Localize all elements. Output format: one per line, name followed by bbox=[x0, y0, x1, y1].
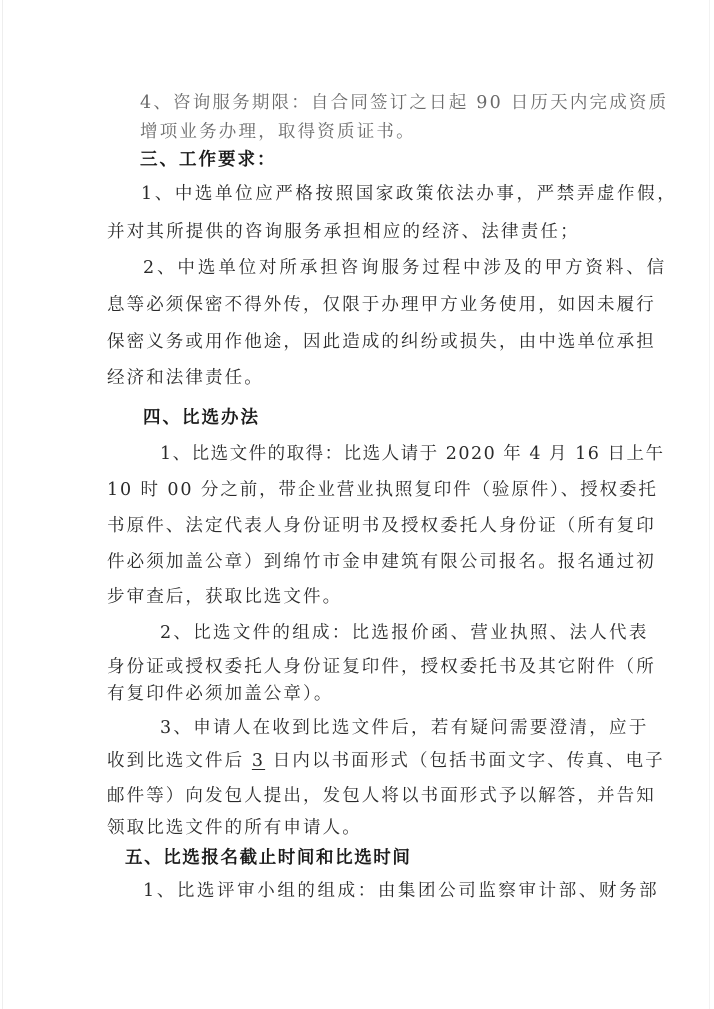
paragraph-method-3-cont2: 邮件等）向发包人提出，发包人将以书面形式予以解答，并告知 bbox=[107, 785, 656, 807]
paragraph-consult-period: 4、咨询服务期限：自合同签订之日起 90 日历天内完成资质 bbox=[140, 92, 668, 114]
paragraph-method-1-cont2: 书原件、法定代表人身份证明书及授权委托人身份证（所有复印 bbox=[107, 515, 656, 537]
paragraph-deadline-1: 1、比选评审小组的组成：由集团公司监察审计部、财务部 bbox=[143, 880, 659, 902]
paragraph-req-2-cont1: 息等必须保密不得外传，仅限于办理甲方业务使用，如因未履行 bbox=[107, 294, 656, 316]
text-segment: 收到比选文件后 bbox=[107, 751, 244, 771]
paragraph-req-2-cont3: 经济和法律责任。 bbox=[107, 367, 264, 389]
paragraph-method-2-cont1: 身份证或授权委托人身份证复印件，授权委托书及其它附件（所 bbox=[107, 656, 656, 678]
scan-edge-right bbox=[709, 0, 710, 1009]
paragraph-method-1-cont4: 步审查后，获取比选文件。 bbox=[107, 586, 342, 608]
paragraph-req-1: 1、中选单位应严格按照国家政策依法办事，严禁弄虚作假， bbox=[141, 183, 677, 205]
paragraph-req-2: 2、中选单位对所承担咨询服务过程中涉及的甲方资料、信 bbox=[143, 257, 667, 279]
section-heading-selection-method: 四、比选办法 bbox=[143, 407, 260, 429]
document-page: 4、咨询服务期限：自合同签订之日起 90 日历天内完成资质 增项业务办理，取得资… bbox=[0, 0, 714, 1009]
paragraph-method-1-cont1: 10 时 00 分之前，带企业营业执照复印件（验原件）、授权委托 bbox=[107, 479, 658, 501]
paragraph-method-3-cont1: 收到比选文件后 3 日内以书面形式（包括书面文字、传真、电子 bbox=[107, 750, 665, 772]
scan-edge-left bbox=[2, 0, 3, 1009]
section-heading-deadline: 五、比选报名截止时间和比选时间 bbox=[125, 847, 412, 869]
paragraph-req-1-cont: 并对其所提供的咨询服务承担相应的经济、法律责任； bbox=[107, 221, 580, 243]
section-heading-work-requirements: 三、工作要求： bbox=[140, 149, 277, 171]
paragraph-req-2-cont2: 保密义务或用作他途，因此造成的纠纷或损失，由中选单位承担 bbox=[107, 331, 656, 353]
paragraph-method-3-cont3: 领取比选文件的所有申请人。 bbox=[107, 817, 362, 839]
paragraph-method-1-cont3: 件必须加盖公章）到绵竹市金申建筑有限公司报名。报名通过初 bbox=[107, 551, 656, 573]
paragraph-consult-period-cont: 增项业务办理，取得资质证书。 bbox=[140, 121, 416, 143]
paragraph-method-1: 1、比选文件的取得：比选人请于 2020 年 4 月 16 日上午 bbox=[160, 443, 664, 465]
paragraph-method-2-cont2: 有复印件必须加盖公章）。 bbox=[107, 683, 333, 705]
paragraph-method-2: 2、比选文件的组成：比选报价函、营业执照、法人代表 bbox=[160, 622, 649, 644]
paragraph-method-3: 3、申请人在收到比选文件后，若有疑问需要澄清，应于 bbox=[160, 717, 649, 739]
text-segment: 日内以书面形式（包括书面文字、传真、电子 bbox=[273, 751, 665, 771]
days-value-underlined: 3 bbox=[252, 751, 265, 771]
